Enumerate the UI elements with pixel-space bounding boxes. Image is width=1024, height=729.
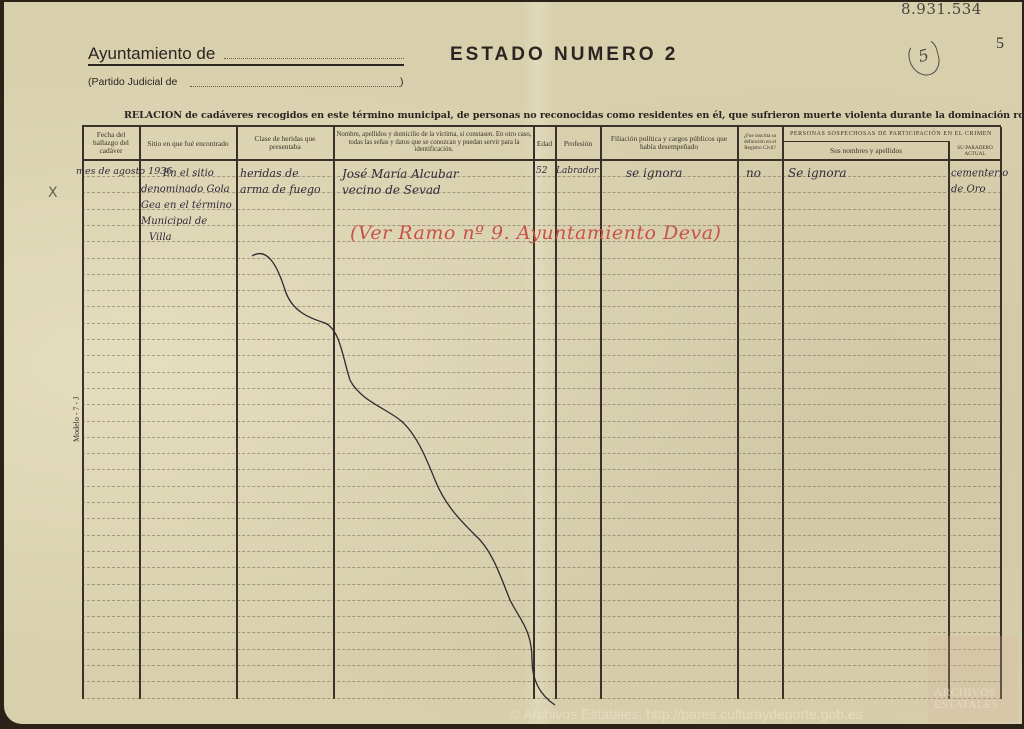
copyright-watermark: © Archivos Estatales, http://pares.cultu… xyxy=(510,706,863,722)
cancellation-stroke xyxy=(0,0,1024,729)
archive-logo-watermark: ARCHIVOS ESTATALES xyxy=(928,636,1018,722)
